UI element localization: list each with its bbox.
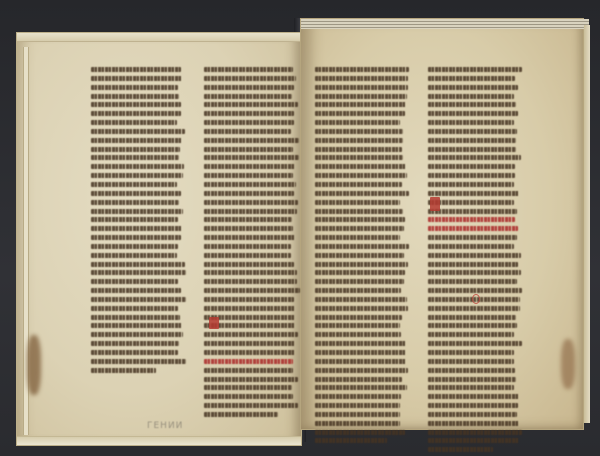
script-line: [91, 341, 179, 346]
script-line: [428, 262, 518, 267]
script-line: [315, 102, 406, 107]
script-line: [91, 235, 181, 240]
script-line: [315, 394, 401, 399]
script-line: [204, 164, 295, 169]
script-line: [91, 85, 178, 90]
script-line: [315, 173, 407, 178]
script-line: [91, 315, 180, 320]
script-line: [315, 138, 403, 143]
text-column-left-1: [91, 67, 186, 377]
script-line: [428, 279, 517, 284]
script-line: [91, 76, 182, 81]
script-line: [204, 235, 295, 240]
script-line: [428, 403, 518, 408]
script-line: [91, 173, 183, 178]
script-line: [315, 438, 387, 443]
script-line: [91, 147, 180, 152]
script-line: [204, 76, 296, 81]
script-line: [204, 182, 296, 187]
script-line: [204, 403, 298, 408]
text-column-right-2: [428, 67, 523, 456]
script-line: [315, 164, 406, 169]
script-line: [204, 341, 295, 346]
script-line: [204, 412, 278, 417]
script-line: [315, 200, 400, 205]
script-line: [315, 191, 409, 196]
script-line: [91, 323, 182, 328]
script-line: [315, 359, 406, 364]
script-line: [428, 438, 519, 443]
script-line: [91, 288, 181, 293]
script-line: [204, 67, 293, 72]
script-line: [428, 235, 517, 240]
rubricated-initial-i: [209, 317, 219, 329]
text-column-right-1: [315, 67, 409, 447]
script-line: [315, 368, 408, 373]
script-line: [428, 270, 521, 275]
script-line: [204, 120, 294, 125]
script-line: [204, 129, 291, 134]
script-line: [204, 279, 297, 284]
script-line: [428, 385, 514, 390]
script-line: [204, 394, 293, 399]
script-line: [428, 217, 515, 222]
script-line: [91, 359, 186, 364]
script-line: [428, 76, 515, 81]
script-line: [204, 217, 292, 222]
script-line: [315, 85, 408, 90]
script-line: [91, 332, 183, 337]
script-line: [428, 102, 516, 107]
script-line: [204, 377, 298, 382]
script-line: [428, 244, 514, 249]
script-line: [428, 191, 519, 196]
script-line: [91, 129, 185, 134]
script-line: [428, 350, 514, 355]
script-line: [91, 155, 179, 160]
script-line: [204, 226, 293, 231]
script-line: [315, 270, 405, 275]
script-line: [204, 306, 295, 311]
script-line: [428, 288, 522, 293]
left-page-bottom-edge: [17, 436, 301, 445]
script-line: [428, 138, 516, 143]
script-line: [315, 403, 400, 408]
script-line: [91, 262, 185, 267]
script-line: [315, 129, 403, 134]
script-line: [428, 412, 517, 417]
script-line: [204, 85, 294, 90]
script-line: [428, 430, 522, 435]
script-line: [315, 94, 407, 99]
script-line: [428, 120, 514, 125]
script-line: [91, 182, 177, 187]
script-line: [315, 385, 407, 390]
script-line: [315, 350, 406, 355]
script-line: [315, 323, 400, 328]
script-line: [204, 147, 293, 152]
script-line: [428, 323, 517, 328]
script-line: [91, 102, 181, 107]
script-line: [428, 359, 514, 364]
script-line: [204, 111, 294, 116]
rubricated-initial-c: [472, 294, 480, 304]
script-line: [204, 385, 292, 390]
script-line: [315, 226, 404, 231]
script-line: [204, 173, 293, 178]
script-line: [315, 262, 408, 267]
script-line: [204, 359, 293, 364]
script-line: [91, 279, 178, 284]
rubricated-initial-i: [430, 197, 440, 211]
script-line: [91, 94, 179, 99]
script-line: [315, 412, 400, 417]
script-line: [204, 297, 294, 302]
script-line: [204, 262, 294, 267]
script-line: [204, 368, 293, 373]
water-stain: [27, 335, 41, 395]
script-line: [204, 332, 298, 337]
script-line: [91, 350, 178, 355]
script-line: [204, 200, 298, 205]
script-line: [91, 217, 178, 222]
script-line: [315, 182, 402, 187]
script-line: [91, 191, 181, 196]
script-line: [204, 191, 294, 196]
script-line: [204, 270, 297, 275]
script-line: [91, 209, 183, 214]
script-line: [428, 332, 514, 337]
script-line: [204, 209, 297, 214]
script-line: [91, 306, 178, 311]
script-line: [428, 226, 518, 231]
left-page-top-edge: [17, 33, 301, 42]
script-line: [428, 253, 521, 258]
script-line: [315, 332, 401, 337]
script-line: [91, 270, 186, 275]
script-line: [91, 200, 179, 205]
script-line: [315, 111, 405, 116]
script-line: [428, 94, 514, 99]
script-line: [315, 253, 404, 258]
script-line: [315, 120, 400, 125]
script-line: [204, 350, 295, 355]
script-line: [315, 217, 405, 222]
library-stamp: ГЕНИИ: [147, 421, 183, 431]
script-line: [91, 138, 182, 143]
script-line: [428, 394, 519, 399]
script-line: [315, 430, 405, 435]
script-line: [315, 244, 409, 249]
script-line: [428, 377, 516, 382]
script-line: [315, 315, 402, 320]
script-line: [315, 235, 400, 240]
script-line: [428, 306, 520, 311]
script-line: [428, 209, 517, 214]
script-line: [428, 341, 522, 346]
script-line: [315, 377, 402, 382]
script-line: [428, 129, 517, 134]
script-line: [428, 182, 514, 187]
script-line: [428, 147, 516, 152]
script-line: [91, 253, 177, 258]
script-line: [91, 297, 186, 302]
script-line: [428, 173, 515, 178]
script-line: [315, 209, 403, 214]
script-line: [315, 421, 400, 426]
script-line: [204, 288, 300, 293]
script-line: [91, 368, 156, 373]
script-line: [204, 155, 299, 160]
script-line: [315, 147, 402, 152]
script-line: [315, 155, 403, 160]
script-line: [428, 164, 515, 169]
water-stain: [561, 339, 575, 389]
script-line: [91, 244, 178, 249]
right-page-fore-edge: [584, 25, 590, 423]
script-line: [204, 138, 299, 143]
script-line: [428, 368, 515, 373]
script-line: [315, 76, 408, 81]
text-column-left-2: [204, 67, 300, 421]
script-line: [428, 315, 516, 320]
script-line: [428, 155, 521, 160]
script-line: [428, 67, 522, 72]
script-line: [91, 164, 184, 169]
script-line: [428, 421, 519, 426]
script-line: [315, 341, 406, 346]
script-line: [204, 94, 292, 99]
script-line: [204, 244, 291, 249]
script-line: [91, 111, 181, 116]
script-line: [315, 306, 408, 311]
script-line: [315, 279, 404, 284]
script-line: [91, 226, 182, 231]
script-line: [315, 297, 407, 302]
script-line: [428, 85, 518, 90]
script-line: [428, 111, 518, 116]
script-line: [204, 253, 291, 258]
script-line: [428, 447, 493, 452]
script-line: [315, 288, 401, 293]
script-line: [428, 200, 514, 205]
right-page-top-edge: [301, 19, 589, 29]
script-line: [204, 102, 298, 107]
script-line: [315, 67, 409, 72]
script-line: [91, 120, 177, 125]
script-line: [91, 67, 181, 72]
